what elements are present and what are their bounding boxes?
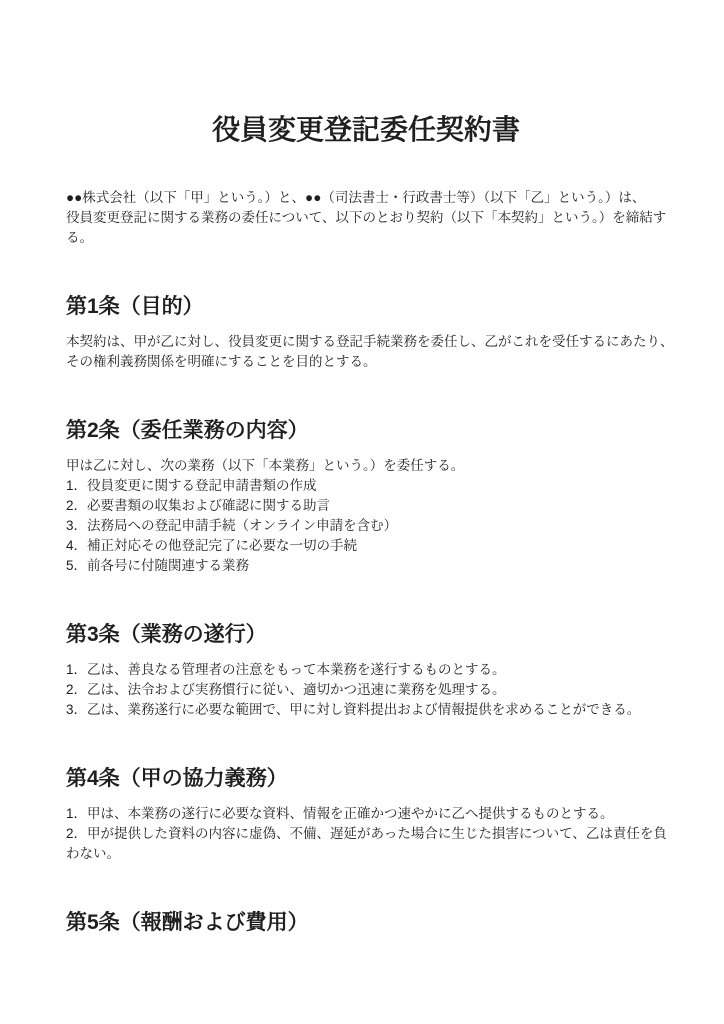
list-item: 2．乙は、法令および実務慣行に従い、適切かつ迅速に業務を処理する。: [66, 680, 666, 700]
section-article-3: 第3条（業務の遂行） 1．乙は、善良なる管理者の注意をもって本業務を遂行するもの…: [66, 622, 666, 720]
body-line: 本契約は、甲が乙に対し、役員変更に関する登記手続業務を委任し、乙がこれを受任する…: [66, 332, 666, 352]
section-heading: 第1条（目的）: [66, 294, 666, 320]
section-article-1: 第1条（目的） 本契約は、甲が乙に対し、役員変更に関する登記手続業務を委任し、乙…: [66, 294, 666, 372]
section-heading: 第2条（委任業務の内容）: [66, 418, 666, 444]
list-item: 4．補正対応その他登記完了に必要な一切の手続: [66, 536, 666, 556]
section-article-5: 第5条（報酬および費用）: [66, 910, 666, 936]
section-body: 1．甲は、本業務の遂行に必要な資料、情報を正確かつ速やかに乙へ提供するものとする…: [66, 804, 666, 864]
body-line: わない。: [66, 844, 666, 864]
body-line: 甲は乙に対し、次の業務（以下「本業務」という。）を委任する。: [66, 456, 666, 476]
section-heading: 第5条（報酬および費用）: [66, 910, 666, 936]
section-body: 本契約は、甲が乙に対し、役員変更に関する登記手続業務を委任し、乙がこれを受任する…: [66, 332, 666, 372]
intro-line: ●●株式会社（以下「甲」という。）と、●●（司法書士・行政書士等）（以下「乙」と…: [66, 188, 666, 208]
intro-paragraph: ●●株式会社（以下「甲」という。）と、●●（司法書士・行政書士等）（以下「乙」と…: [66, 188, 666, 248]
section-body: 1．乙は、善良なる管理者の注意をもって本業務を遂行するものとする。 2．乙は、法…: [66, 660, 666, 720]
list-item: 1．役員変更に関する登記申請書類の作成: [66, 476, 666, 496]
section-article-2: 第2条（委任業務の内容） 甲は乙に対し、次の業務（以下「本業務」という。）を委任…: [66, 418, 666, 576]
list-item: 5．前各号に付随関連する業務: [66, 556, 666, 576]
section-body: 甲は乙に対し、次の業務（以下「本業務」という。）を委任する。 1．役員変更に関す…: [66, 456, 666, 576]
list-item: 2．甲が提供した資料の内容に虚偽、不備、遅延があった場合に生じた損害について、乙…: [66, 824, 666, 844]
list-item: 1．甲は、本業務の遂行に必要な資料、情報を正確かつ速やかに乙へ提供するものとする…: [66, 804, 666, 824]
intro-line: る。: [66, 228, 666, 248]
section-article-4: 第4条（甲の協力義務） 1．甲は、本業務の遂行に必要な資料、情報を正確かつ速やか…: [66, 766, 666, 864]
document-title: 役員変更登記委任契約書: [66, 112, 666, 148]
body-line: その権利義務関係を明確にすることを目的とする。: [66, 352, 666, 372]
section-heading: 第3条（業務の遂行）: [66, 622, 666, 648]
section-heading: 第4条（甲の協力義務）: [66, 766, 666, 792]
list-item: 2．必要書類の収集および確認に関する助言: [66, 496, 666, 516]
intro-line: 役員変更登記に関する業務の委任について、以下のとおり契約（以下「本契約」という。…: [66, 208, 666, 228]
list-item: 3．乙は、業務遂行に必要な範囲で、甲に対し資料提出および情報提供を求めることがで…: [66, 700, 666, 720]
list-item: 3．法務局への登記申請手続（オンライン申請を含む）: [66, 516, 666, 536]
list-item: 1．乙は、善良なる管理者の注意をもって本業務を遂行するものとする。: [66, 660, 666, 680]
contract-document-page: 役員変更登記委任契約書 ●●株式会社（以下「甲」という。）と、●●（司法書士・行…: [0, 0, 724, 1024]
